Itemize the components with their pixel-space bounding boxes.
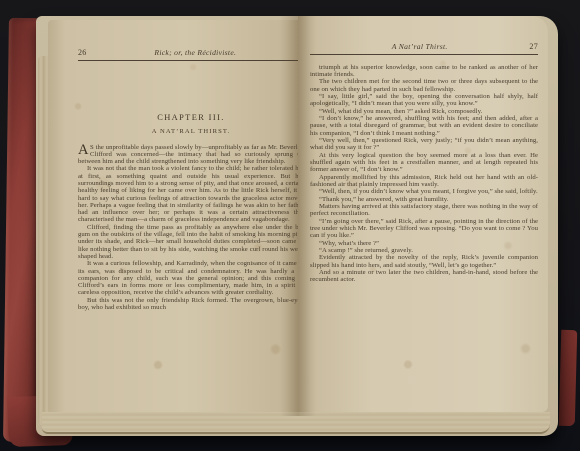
left-body-copy: AS the unprofitable days passed slowly b… (78, 144, 304, 312)
left-page-number: 26 (78, 48, 87, 57)
paragraph: Matters having arrived at this satisfact… (310, 203, 538, 218)
paragraph: “I’m going over there,” said Rick, after… (310, 218, 538, 240)
book-cover-edge-right (559, 330, 578, 426)
paragraph: At this very logical question the boy se… (310, 152, 538, 174)
left-running-header-row: 26 Rick; or, the Récidiviste. (78, 48, 304, 57)
opening-paragraph-text: S the unprofitable days passed slowly by… (78, 144, 304, 166)
opening-paragraph: AS the unprofitable days passed slowly b… (78, 144, 304, 166)
paragraph: Clifford, finding the time pass as profi… (78, 224, 304, 260)
paragraph: “Thank you,” he answered, with great hum… (310, 196, 538, 203)
open-book: 26 Rick; or, the Récidiviste. CHAPTER II… (36, 16, 558, 436)
page-stack-edge (42, 412, 550, 434)
right-body-copy: triumph at his superior knowledge, soon … (310, 64, 538, 284)
paragraph: “A scamp !” she returned, gravely. (310, 247, 538, 254)
right-page-text: A Nat’ral Thirst. 27 triumph at his supe… (310, 42, 538, 284)
paragraph: “I don’t know,” he answered, shuffling w… (310, 115, 538, 137)
paragraph: “Well, then, if you didn’t know what you… (310, 188, 538, 195)
left-header-rule (78, 60, 304, 61)
paragraph: It was not that the man took a violent f… (78, 165, 304, 223)
book-photograph: 26 Rick; or, the Récidiviste. CHAPTER II… (0, 0, 580, 451)
drop-cap: A (78, 144, 90, 157)
paragraph: “Why, what’s there ?” (310, 240, 538, 247)
right-page: A Nat’ral Thirst. 27 triumph at his supe… (298, 16, 548, 412)
right-header-rule (310, 54, 538, 55)
paragraph: “I say, little girl,” said the boy, open… (310, 93, 538, 108)
paragraph: But this was not the only friendship Ric… (78, 297, 304, 312)
paragraph: “Well, what did you mean, then ?” asked … (310, 108, 538, 115)
paragraph: Evidently attracted by the novelty of th… (310, 254, 538, 269)
left-page-text: 26 Rick; or, the Récidiviste. CHAPTER II… (78, 48, 304, 311)
paragraph: triumph at his superior knowledge, soon … (310, 64, 538, 79)
chapter-heading: CHAPTER III. (78, 113, 304, 122)
left-paragraphs: It was not that the man took a violent f… (78, 165, 304, 311)
left-running-header: Rick; or, the Récidiviste. (87, 48, 304, 57)
right-running-header: A Nat’ral Thirst. (310, 42, 529, 51)
paragraph: And so a minute or two later the two chi… (310, 269, 538, 284)
paragraph: The two children met for the second time… (310, 78, 538, 93)
right-running-header-row: A Nat’ral Thirst. 27 (310, 42, 538, 51)
right-page-number: 27 (529, 42, 538, 51)
paragraph: “Very well, then,” questioned Rick, very… (310, 137, 538, 152)
left-page: 26 Rick; or, the Récidiviste. CHAPTER II… (48, 20, 298, 412)
paragraph: It was a curious fellowship, and Karradi… (78, 260, 304, 296)
paragraph: Apparently mollified by this admission, … (310, 174, 538, 189)
chapter-subtitle: A NAT’RAL THIRST. (78, 128, 304, 135)
